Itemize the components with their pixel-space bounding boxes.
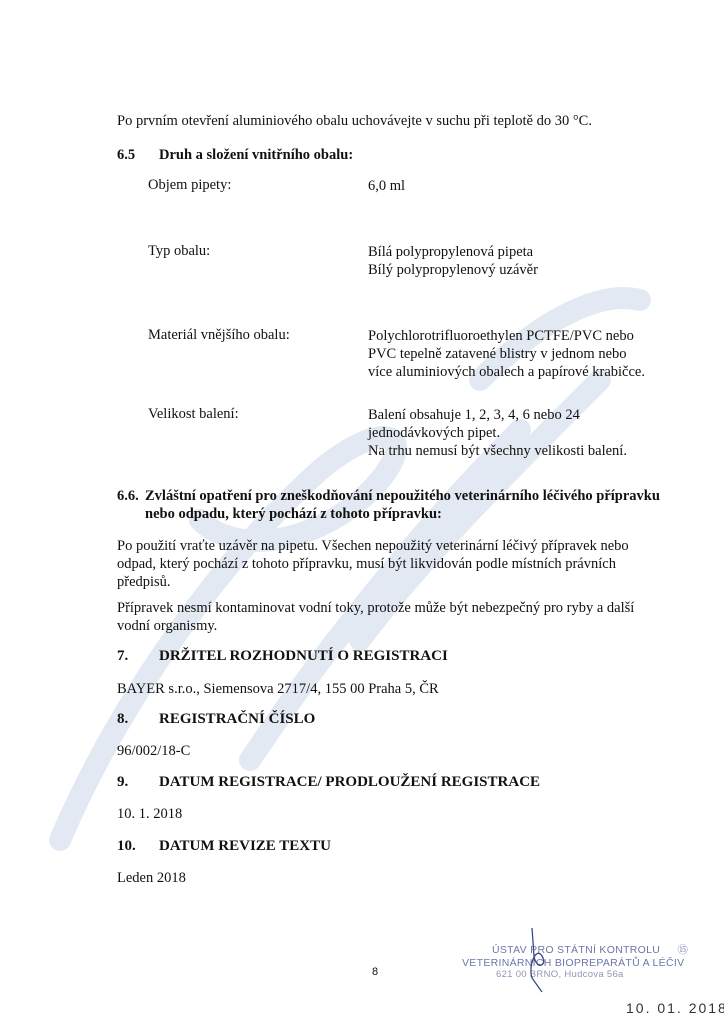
row-label-volume: Objem pipety: [148,177,231,194]
revision-date: Leden 2018 [117,869,186,887]
value-line: Bílá polypropylenová pipeta [368,243,538,261]
section-8-heading: 8.REGISTRAČNÍ ČÍSLO [117,711,315,728]
section-title-line: nebo odpadu, který pochází z tohoto příp… [117,505,660,523]
value-line: jednodávkových pipet. [368,424,627,442]
section-title: DATUM REGISTRACE/ PRODLOUŽENÍ REGISTRACE [159,774,540,790]
section-title: REGISTRAČNÍ ČÍSLO [159,711,315,727]
value-line: Bílý polypropylenový uzávěr [368,261,538,279]
value-line: Na trhu nemusí být všechny velikosti bal… [368,442,627,460]
value-line: Balení obsahuje 1, 2, 3, 4, 6 nebo 24 [368,406,627,424]
paragraph-line: vodní organismy. [117,617,634,635]
stamp-line: VETERINÁRNÍCH BIOPREPARÁTŮ A LÉČIV [462,957,702,969]
section-title-line: Zvláštní opatření pro zneškodňování nepo… [145,488,660,504]
official-stamp: ÚSTAV PRO STÁTNÍ KONTROLU ⑮ VETERINÁRNÍC… [462,942,702,980]
section-number: 7. [117,648,159,665]
section-title: Druh a složení vnitřního obalu: [159,147,353,163]
paragraph-line: Po použití vraťte uzávěr na pipetu. Všec… [117,537,629,555]
registration-number: 96/002/18-C [117,742,190,760]
disposal-paragraph: Po použití vraťte uzávěr na pipetu. Všec… [117,537,629,591]
row-value-pack-size: Balení obsahuje 1, 2, 3, 4, 6 nebo 24 je… [368,406,627,460]
section-10-heading: 10.DATUM REVIZE TEXTU [117,838,331,855]
signature-icon [520,926,560,996]
section-number: 6.5 [117,147,159,164]
storage-note: Po prvním otevření aluminiového obalu uc… [117,112,592,130]
section-number: 6.6. [117,487,145,505]
row-label-type: Typ obalu: [148,243,210,260]
value-line: 6,0 ml [368,177,405,195]
section-title: DRŽITEL ROZHODNUTÍ O REGISTRACI [159,648,448,664]
stamp-mark-icon: ⑮ [677,944,688,956]
page-number: 8 [372,966,378,978]
section-9-heading: 9.DATUM REGISTRACE/ PRODLOUŽENÍ REGISTRA… [117,774,540,791]
holder-address: BAYER s.r.o., Siemensova 2717/4, 155 00 … [117,680,439,698]
row-label-outer-material: Materiál vnějšího obalu: [148,327,290,344]
row-value-outer-material: Polychlorotrifluoroethylen PCTFE/PVC neb… [368,327,645,381]
row-value-volume: 6,0 ml [368,177,405,195]
value-line: Polychlorotrifluoroethylen PCTFE/PVC neb… [368,327,645,345]
section-number: 9. [117,774,159,791]
stamp-line: 621 00 BRNO, Hudcova 56a [462,969,702,980]
stamp-line: ÚSTAV PRO STÁTNÍ KONTROLU [492,944,660,956]
paragraph-line: předpisů. [117,573,629,591]
environment-paragraph: Přípravek nesmí kontaminovat vodní toky,… [117,599,634,635]
value-line: PVC tepelně zatavené blistry v jednom ne… [368,345,645,363]
section-number: 8. [117,711,159,728]
stamp-date: 10. 01. 2018 [626,1000,724,1016]
row-label-pack-size: Velikost balení: [148,406,239,423]
paragraph-line: odpad, který pochází z tohoto přípravku,… [117,555,629,573]
section-7-heading: 7.DRŽITEL ROZHODNUTÍ O REGISTRACI [117,648,448,665]
section-6-5-heading: 6.5Druh a složení vnitřního obalu: [117,147,353,164]
value-line: více aluminiových obalech a papírové kra… [368,363,645,381]
registration-date: 10. 1. 2018 [117,805,182,823]
paragraph-line: Přípravek nesmí kontaminovat vodní toky,… [117,599,634,617]
section-number: 10. [117,838,159,855]
section-6-6-heading: 6.6.Zvláštní opatření pro zneškodňování … [117,487,660,523]
section-title: DATUM REVIZE TEXTU [159,838,331,854]
row-value-type: Bílá polypropylenová pipeta Bílý polypro… [368,243,538,279]
